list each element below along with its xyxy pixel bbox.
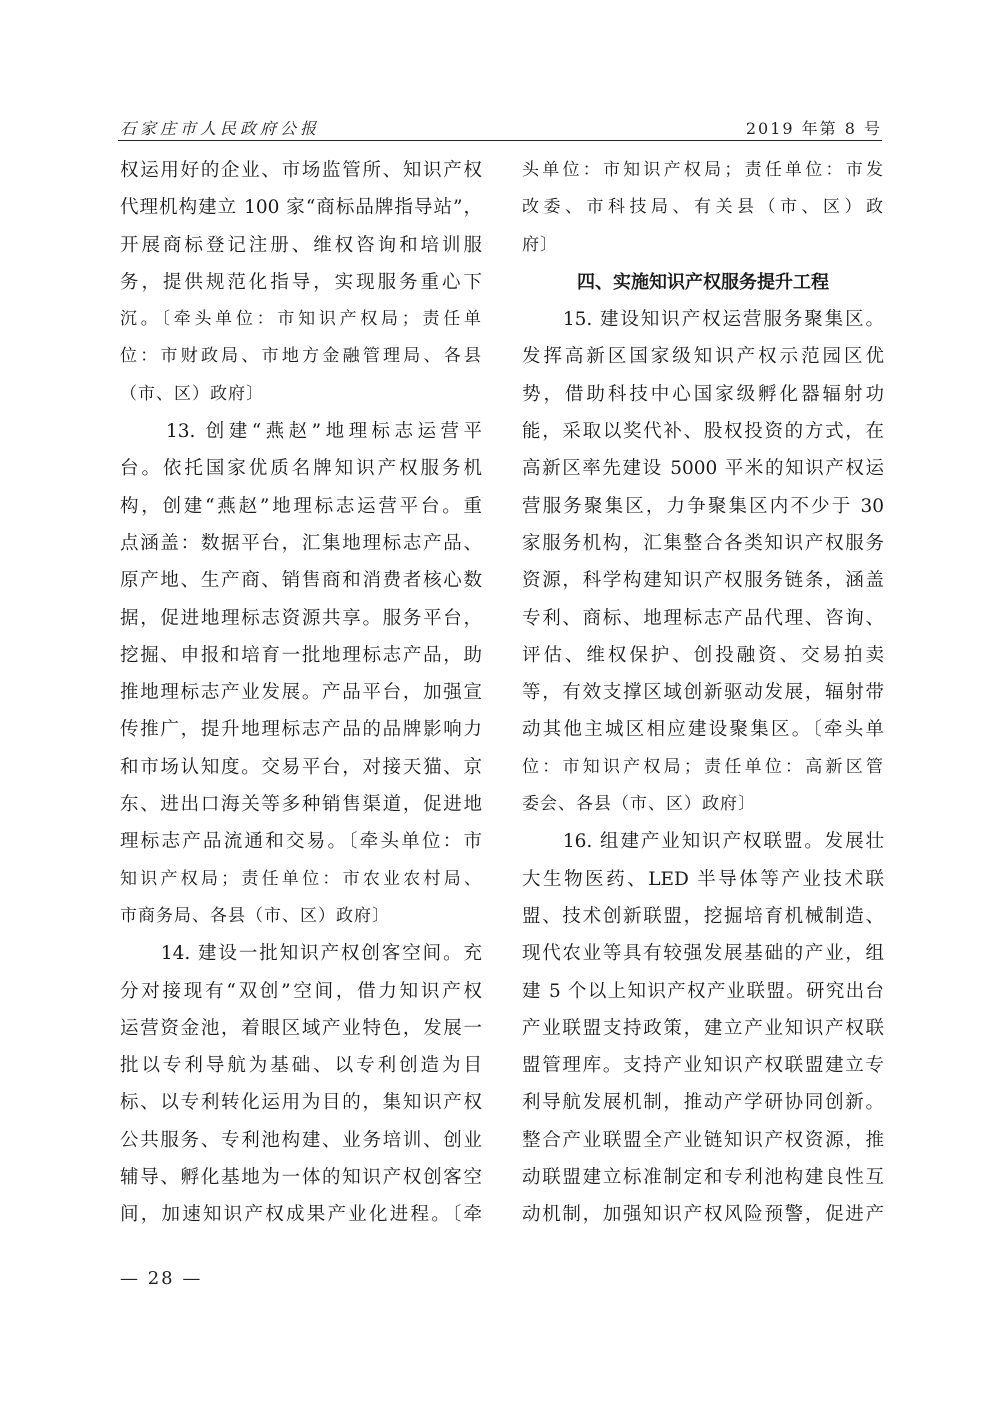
text-line: 营服务聚集区，力争聚集区内不少于 30 bbox=[522, 488, 884, 525]
text-line: 权运用好的企业、市场监管所、知识产权 bbox=[120, 152, 482, 189]
text-line: 东、进出口海关等多种销售渠道，促进地 bbox=[120, 786, 482, 823]
text-line: 改委、市科技局、有关县（市、区）政 bbox=[522, 189, 884, 226]
text-line: 15. 建设知识产权运营服务聚集区。 bbox=[522, 301, 884, 338]
text-line: 产业联盟支持政策，建立产业知识产权联 bbox=[522, 1010, 884, 1047]
text-line: 开展商标登记注册、维权咨询和培训服 bbox=[120, 227, 482, 264]
text-line: 运营资金池，着眼区域产业特色，发展一 bbox=[120, 1010, 482, 1047]
header-rule bbox=[118, 140, 882, 141]
text-line: 建 5 个以上知识产权产业联盟。研究出台 bbox=[522, 973, 884, 1010]
text-line: 代理机构建立 100 家“商标品牌指导站”， bbox=[120, 189, 482, 226]
text-line: 间，加速知识产权成果产业化进程。〔牵 bbox=[120, 1196, 482, 1233]
text-line: 家服务机构，汇集整合各类知识产权服务 bbox=[522, 525, 884, 562]
text-line: 传推广，提升地理标志产品的品牌影响力 bbox=[120, 711, 482, 748]
text-line: 盟、技术创新联盟，挖掘培育机械制造、 bbox=[522, 898, 884, 935]
publication-title: 石家庄市人民政府公报 bbox=[120, 116, 320, 139]
text-line: 现代农业等具有较强发展基础的产业，组 bbox=[522, 935, 884, 972]
text-line: 位：市知识产权局；责任单位：高新区管 bbox=[522, 749, 884, 786]
text-line: 务，提供规范化指导，实现服务重心下 bbox=[120, 264, 482, 301]
text-line: 点涵盖：数据平台，汇集地理标志产品、 bbox=[120, 525, 482, 562]
text-line: 整合产业联盟全产业链知识产权资源，推 bbox=[522, 1122, 884, 1159]
text-line: 理标志产品流通和交易。〔牵头单位：市 bbox=[120, 823, 482, 860]
text-line: 动联盟建立标准制定和专利池构建良性互 bbox=[522, 1159, 884, 1196]
text-line: 推地理标志产业发展。产品平台，加强宣 bbox=[120, 674, 482, 711]
text-line: 挖掘、申报和培育一批地理标志产品，助 bbox=[120, 637, 482, 674]
text-line: 沉。〔牵头单位：市知识产权局；责任单 bbox=[120, 301, 482, 338]
text-line: 盟管理库。支持产业知识产权联盟建立专 bbox=[522, 1047, 884, 1084]
text-line: 高新区率先建设 5000 平米的知识产权运 bbox=[522, 450, 884, 487]
text-line: 头单位：市知识产权局；责任单位：市发 bbox=[522, 152, 884, 189]
text-line: 发挥高新区国家级知识产权示范园区优 bbox=[522, 338, 884, 375]
text-line: 13. 创建“燕赵”地理标志运营平 bbox=[120, 413, 482, 450]
text-line: 16. 组建产业知识产权联盟。发展壮 bbox=[522, 823, 884, 860]
text-line: 资源，科学构建知识产权服务链条，涵盖 bbox=[522, 562, 884, 599]
text-line: 市商务局、各县（市、区）政府〕 bbox=[120, 898, 482, 935]
text-line: 府〕 bbox=[522, 227, 884, 264]
text-line: 位：市财政局、市地方金融管理局、各县 bbox=[120, 338, 482, 375]
text-line: 辅导、孵化基地为一体的知识产权创客空 bbox=[120, 1159, 482, 1196]
text-line: 原产地、生产商、销售商和消费者核心数 bbox=[120, 562, 482, 599]
text-line: 委会、各县（市、区）政府〕 bbox=[522, 786, 884, 823]
text-line: 专利、商标、地理标志产品代理、咨询、 bbox=[522, 600, 884, 637]
text-line: （市、区）政府〕 bbox=[120, 376, 482, 413]
text-line: 台。依托国家优质名牌知识产权服务机 bbox=[120, 450, 482, 487]
section-heading: 四、实施知识产权服务提升工程 bbox=[522, 264, 884, 301]
issue-number: 2019 年第 8 号 bbox=[746, 116, 882, 139]
text-line: 势，借助科技中心国家级孵化器辐射功 bbox=[522, 376, 884, 413]
text-line: 知识产权局；责任单位：市农业农村局、 bbox=[120, 861, 482, 898]
text-line: 能，采取以奖代补、股权投资的方式，在 bbox=[522, 413, 884, 450]
text-line: 公共服务、专利池构建、业务培训、创业 bbox=[120, 1122, 482, 1159]
text-line: 批以专利导航为基础、以专利创造为目 bbox=[120, 1047, 482, 1084]
text-line: 构，创建“燕赵”地理标志运营平台。重 bbox=[120, 488, 482, 525]
text-line: 据，促进地理标志资源共享。服务平台， bbox=[120, 600, 482, 637]
text-line: 14. 建设一批知识产权创客空间。充 bbox=[120, 935, 482, 972]
text-line: 动其他主城区相应建设聚集区。〔牵头单 bbox=[522, 711, 884, 748]
text-line: 等，有效支撑区域创新驱动发展，辐射带 bbox=[522, 674, 884, 711]
right-column: 头单位：市知识产权局；责任单位：市发改委、市科技局、有关县（市、区）政府〕四、实… bbox=[522, 152, 884, 1234]
text-line: 和市场认知度。交易平台，对接天猫、京 bbox=[120, 749, 482, 786]
text-line: 利导航发展机制，推动产学研协同创新。 bbox=[522, 1084, 884, 1121]
text-line: 大生物医药、LED 半导体等产业技术联 bbox=[522, 861, 884, 898]
text-line: 标、以专利转化运用为目的，集知识产权 bbox=[120, 1084, 482, 1121]
text-line: 动机制，加强知识产权风险预警，促进产 bbox=[522, 1196, 884, 1233]
text-line: 评估、维权保护、创投融资、交易拍卖 bbox=[522, 637, 884, 674]
page-number: — 28 — bbox=[120, 1268, 202, 1289]
left-column: 权运用好的企业、市场监管所、知识产权代理机构建立 100 家“商标品牌指导站”，… bbox=[120, 152, 482, 1234]
text-line: 分对接现有“双创”空间，借力知识产权 bbox=[120, 973, 482, 1010]
